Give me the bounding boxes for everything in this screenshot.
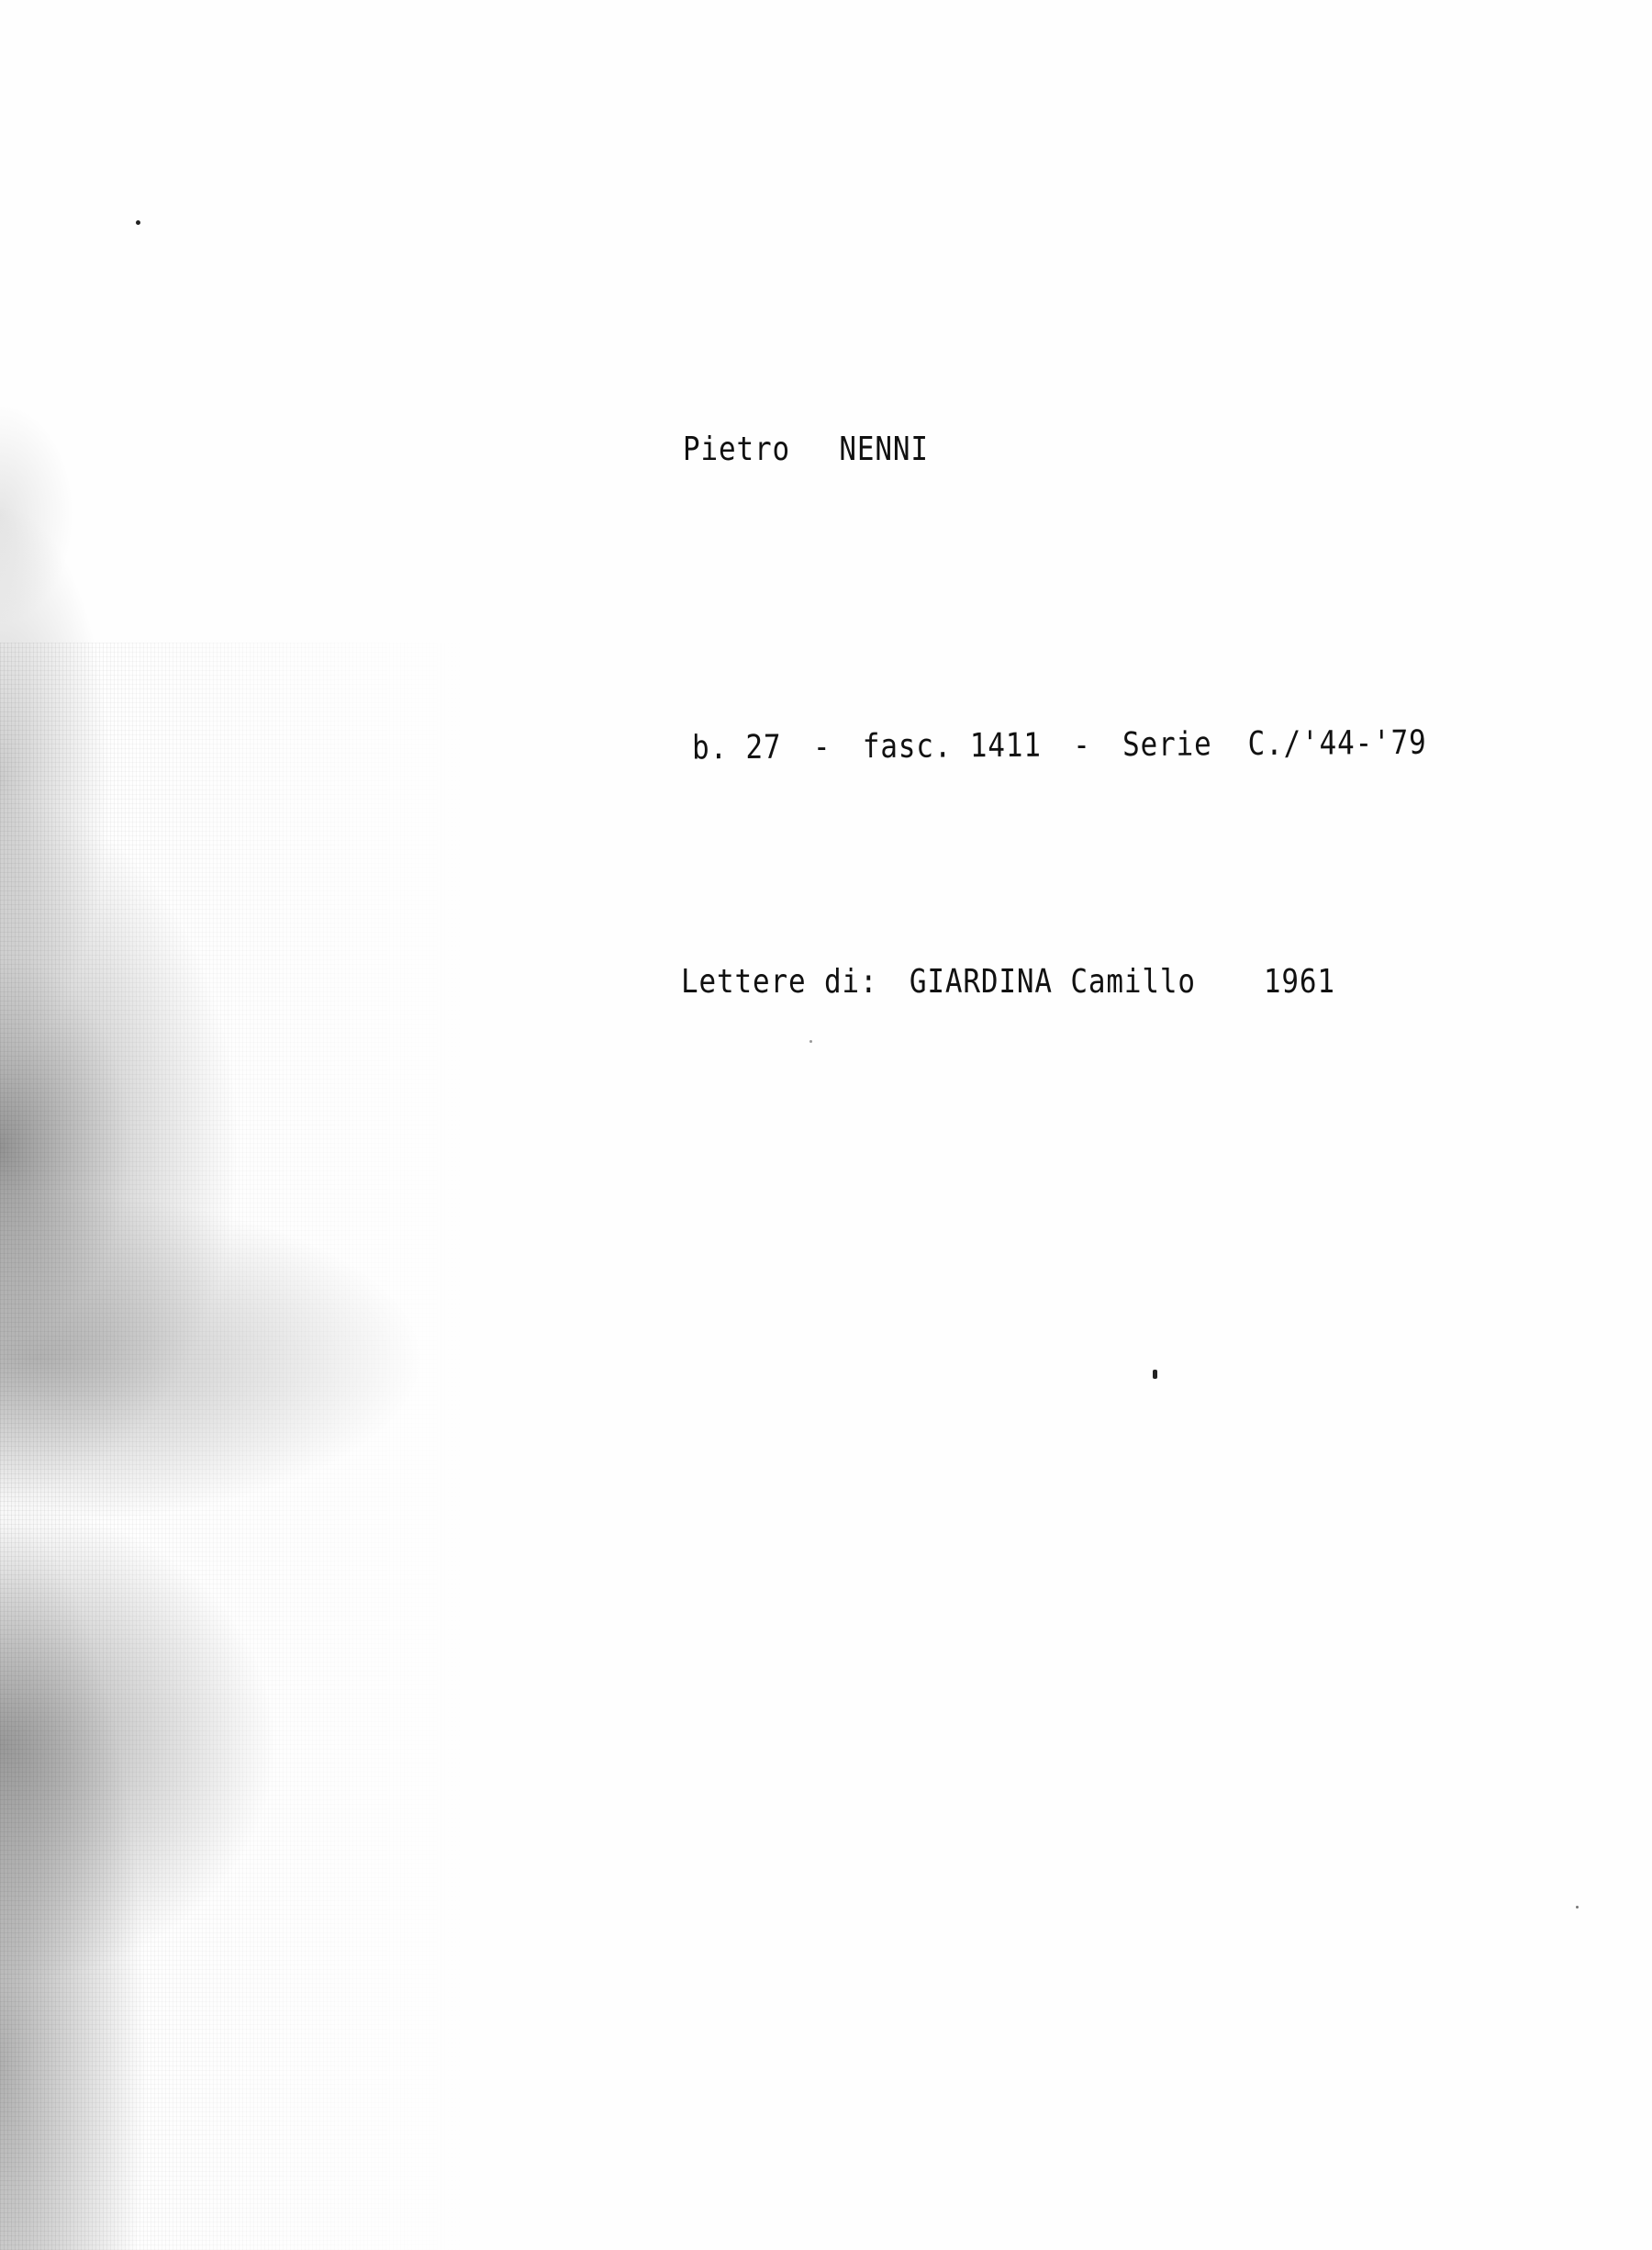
scan-edge-noise	[0, 0, 587, 2250]
scan-speck	[1576, 1906, 1579, 1909]
scan-edge-grain	[0, 643, 477, 2250]
separator: -	[813, 728, 832, 766]
author-line: PietroNENNI	[611, 393, 929, 506]
letters-year: 1961	[1264, 963, 1335, 1001]
scan-speck	[1153, 1370, 1157, 1379]
archive-reference-line: b. 27-fasc. 1411-Serie C./'44-'79	[620, 687, 1427, 805]
correspondent-name: GIARDINA Camillo	[910, 963, 1196, 1001]
author-first-name: Pietro	[683, 431, 790, 468]
series-label: Serie C./'44-'79	[1122, 724, 1427, 764]
scan-speck	[136, 220, 140, 225]
scan-speck	[809, 1040, 812, 1043]
author-last-name: NENNI	[839, 431, 929, 468]
busta-number: b. 27	[692, 729, 782, 767]
scanned-page: PietroNENNI b. 27-fasc. 1411-Serie C./'4…	[0, 0, 1652, 2250]
separator: -	[1073, 726, 1091, 764]
fascicolo-number: fasc. 1411	[863, 727, 1042, 766]
letters-line: Lettere di:GIARDINA Camillo1961	[609, 925, 1335, 1038]
letters-label: Lettere di:	[681, 963, 878, 1001]
